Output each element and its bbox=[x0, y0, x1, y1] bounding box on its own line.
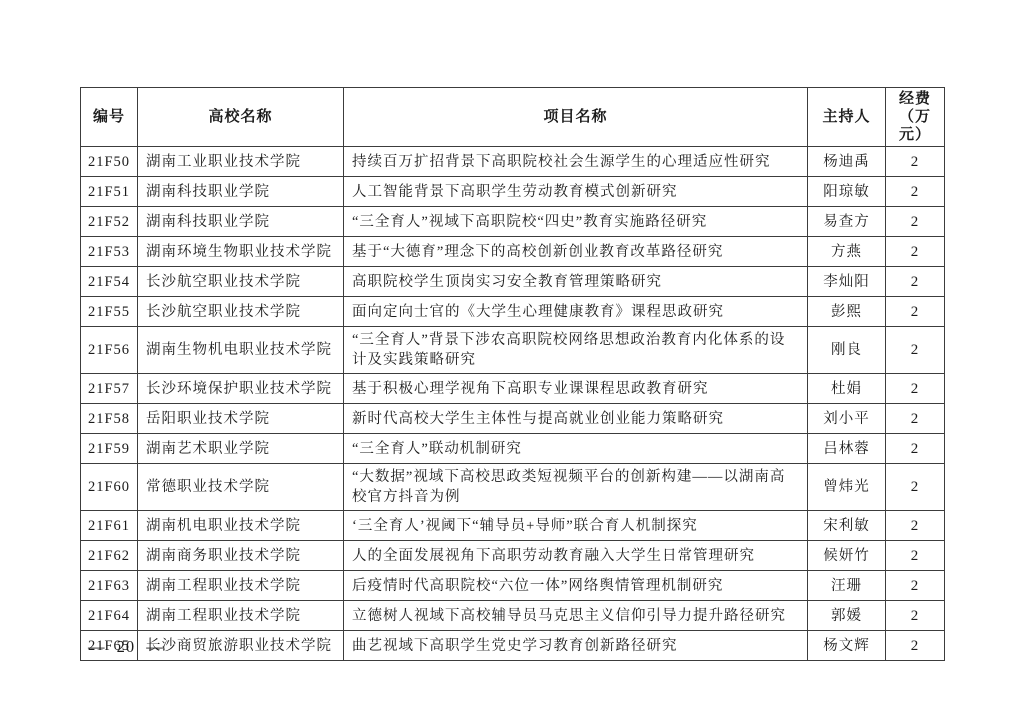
cell-project-name: 高职院校学生顶岗实习安全教育管理策略研究 bbox=[344, 267, 808, 297]
cell-school-name: 湖南工程职业技术学院 bbox=[138, 601, 344, 631]
cell-project-name: “三全育人”背景下涉农高职院校网络思想政治教育内化体系的设计及实践策略研究 bbox=[344, 327, 808, 374]
cell-project-code: 21F59 bbox=[81, 434, 138, 464]
table-row: 21F61 湖南机电职业技术学院 ‘三全育人’视阈下“辅导员+导师”联合育人机制… bbox=[81, 511, 945, 541]
cell-funding-amount: 2 bbox=[886, 631, 945, 661]
cell-funding-amount: 2 bbox=[886, 404, 945, 434]
table-row: 21F60 常德职业技术学院 “大数据”视域下高校思政类短视频平台的创新构建——… bbox=[81, 464, 945, 511]
cell-project-code: 21F61 bbox=[81, 511, 138, 541]
cell-leader-name: 宋利敏 bbox=[808, 511, 886, 541]
cell-school-name: 长沙环境保护职业技术学院 bbox=[138, 374, 344, 404]
cell-school-name: 湖南科技职业学院 bbox=[138, 207, 344, 237]
cell-funding-amount: 2 bbox=[886, 571, 945, 601]
cell-leader-name: 刚良 bbox=[808, 327, 886, 374]
cell-project-name: 基于“大德育”理念下的高校创新创业教育改革路径研究 bbox=[344, 237, 808, 267]
table-row: 21F65 长沙商贸旅游职业技术学院 曲艺视域下高职学生党史学习教育创新路径研究… bbox=[81, 631, 945, 661]
cell-funding-amount: 2 bbox=[886, 237, 945, 267]
table-row: 21F62 湖南商务职业技术学院 人的全面发展视角下高职劳动教育融入大学生日常管… bbox=[81, 541, 945, 571]
cell-project-code: 21F60 bbox=[81, 464, 138, 511]
table-row: 21F57 长沙环境保护职业技术学院 基于积极心理学视角下高职专业课课程思政教育… bbox=[81, 374, 945, 404]
cell-project-code: 21F50 bbox=[81, 147, 138, 177]
page-number: — 20 — bbox=[88, 637, 164, 657]
cell-project-name: ‘三全育人’视阈下“辅导员+导师”联合育人机制探究 bbox=[344, 511, 808, 541]
cell-leader-name: 方燕 bbox=[808, 237, 886, 267]
cell-leader-name: 杨迪禹 bbox=[808, 147, 886, 177]
cell-funding-amount: 2 bbox=[886, 207, 945, 237]
cell-leader-name: 候妍竹 bbox=[808, 541, 886, 571]
document-page: 编号 高校名称 项目名称 主持人 经费 （万元） 21F50 湖南工业职业技术学… bbox=[0, 0, 1024, 724]
cell-leader-name: 李灿阳 bbox=[808, 267, 886, 297]
table-row: 21F59 湖南艺术职业学院 “三全育人”联动机制研究 吕林蓉 2 bbox=[81, 434, 945, 464]
cell-leader-name: 阳琼敏 bbox=[808, 177, 886, 207]
cell-leader-name: 刘小平 bbox=[808, 404, 886, 434]
cell-funding-amount: 2 bbox=[886, 434, 945, 464]
table-row: 21F63 湖南工程职业技术学院 后疫情时代高职院校“六位一体”网络舆情管理机制… bbox=[81, 571, 945, 601]
cell-school-name: 湖南商务职业技术学院 bbox=[138, 541, 344, 571]
cell-school-name: 岳阳职业技术学院 bbox=[138, 404, 344, 434]
cell-project-code: 21F51 bbox=[81, 177, 138, 207]
cell-funding-amount: 2 bbox=[886, 541, 945, 571]
cell-leader-name: 彭熙 bbox=[808, 297, 886, 327]
col-header-funding: 经费 （万元） bbox=[886, 88, 945, 147]
table-row: 21F54 长沙航空职业技术学院 高职院校学生顶岗实习安全教育管理策略研究 李灿… bbox=[81, 267, 945, 297]
cell-project-code: 21F55 bbox=[81, 297, 138, 327]
cell-school-name: 长沙航空职业技术学院 bbox=[138, 267, 344, 297]
cell-project-name: “三全育人”视域下高职院校“四史”教育实施路径研究 bbox=[344, 207, 808, 237]
cell-school-name: 常德职业技术学院 bbox=[138, 464, 344, 511]
cell-project-name: 人工智能背景下高职学生劳动教育模式创新研究 bbox=[344, 177, 808, 207]
funding-table: 编号 高校名称 项目名称 主持人 经费 （万元） 21F50 湖南工业职业技术学… bbox=[80, 87, 945, 661]
table-row: 21F50 湖南工业职业技术学院 持续百万扩招背景下高职院校社会生源学生的心理适… bbox=[81, 147, 945, 177]
cell-project-code: 21F62 bbox=[81, 541, 138, 571]
cell-project-code: 21F54 bbox=[81, 267, 138, 297]
cell-project-code: 21F64 bbox=[81, 601, 138, 631]
table-row: 21F56 湖南生物机电职业技术学院 “三全育人”背景下涉农高职院校网络思想政治… bbox=[81, 327, 945, 374]
cell-school-name: 长沙航空职业技术学院 bbox=[138, 297, 344, 327]
table-row: 21F55 长沙航空职业技术学院 面向定向士官的《大学生心理健康教育》课程思政研… bbox=[81, 297, 945, 327]
col-header-code: 编号 bbox=[81, 88, 138, 147]
cell-leader-name: 吕林蓉 bbox=[808, 434, 886, 464]
cell-funding-amount: 2 bbox=[886, 601, 945, 631]
cell-leader-name: 汪珊 bbox=[808, 571, 886, 601]
cell-school-name: 湖南工业职业技术学院 bbox=[138, 147, 344, 177]
cell-project-name: 曲艺视域下高职学生党史学习教育创新路径研究 bbox=[344, 631, 808, 661]
cell-project-code: 21F56 bbox=[81, 327, 138, 374]
col-header-leader: 主持人 bbox=[808, 88, 886, 147]
cell-project-code: 21F53 bbox=[81, 237, 138, 267]
cell-project-name: 面向定向士官的《大学生心理健康教育》课程思政研究 bbox=[344, 297, 808, 327]
cell-project-name: 持续百万扩招背景下高职院校社会生源学生的心理适应性研究 bbox=[344, 147, 808, 177]
table-row: 21F51 湖南科技职业学院 人工智能背景下高职学生劳动教育模式创新研究 阳琼敏… bbox=[81, 177, 945, 207]
cell-project-code: 21F63 bbox=[81, 571, 138, 601]
cell-funding-amount: 2 bbox=[886, 464, 945, 511]
cell-funding-amount: 2 bbox=[886, 267, 945, 297]
cell-school-name: 湖南艺术职业学院 bbox=[138, 434, 344, 464]
cell-leader-name: 曾炜光 bbox=[808, 464, 886, 511]
cell-funding-amount: 2 bbox=[886, 327, 945, 374]
cell-school-name: 长沙商贸旅游职业技术学院 bbox=[138, 631, 344, 661]
cell-school-name: 湖南环境生物职业技术学院 bbox=[138, 237, 344, 267]
cell-project-name: 后疫情时代高职院校“六位一体”网络舆情管理机制研究 bbox=[344, 571, 808, 601]
header-row: 编号 高校名称 项目名称 主持人 经费 （万元） bbox=[81, 88, 945, 147]
cell-school-name: 湖南生物机电职业技术学院 bbox=[138, 327, 344, 374]
cell-project-name: 立德树人视域下高校辅导员马克思主义信仰引导力提升路径研究 bbox=[344, 601, 808, 631]
cell-school-name: 湖南工程职业技术学院 bbox=[138, 571, 344, 601]
col-header-funding-line1: 经费 bbox=[889, 90, 941, 108]
cell-funding-amount: 2 bbox=[886, 374, 945, 404]
cell-funding-amount: 2 bbox=[886, 297, 945, 327]
cell-funding-amount: 2 bbox=[886, 177, 945, 207]
table-row: 21F52 湖南科技职业学院 “三全育人”视域下高职院校“四史”教育实施路径研究… bbox=[81, 207, 945, 237]
cell-project-name: 人的全面发展视角下高职劳动教育融入大学生日常管理研究 bbox=[344, 541, 808, 571]
cell-project-name: 基于积极心理学视角下高职专业课课程思政教育研究 bbox=[344, 374, 808, 404]
cell-leader-name: 郭媛 bbox=[808, 601, 886, 631]
cell-project-code: 21F58 bbox=[81, 404, 138, 434]
cell-project-name: “三全育人”联动机制研究 bbox=[344, 434, 808, 464]
cell-project-code: 21F57 bbox=[81, 374, 138, 404]
table-row: 21F58 岳阳职业技术学院 新时代高校大学生主体性与提高就业创业能力策略研究 … bbox=[81, 404, 945, 434]
cell-school-name: 湖南科技职业学院 bbox=[138, 177, 344, 207]
cell-project-code: 21F52 bbox=[81, 207, 138, 237]
cell-leader-name: 易查方 bbox=[808, 207, 886, 237]
col-header-funding-line2: （万元） bbox=[889, 108, 941, 144]
cell-funding-amount: 2 bbox=[886, 511, 945, 541]
cell-leader-name: 杨文辉 bbox=[808, 631, 886, 661]
col-header-school: 高校名称 bbox=[138, 88, 344, 147]
cell-leader-name: 杜娟 bbox=[808, 374, 886, 404]
col-header-project: 项目名称 bbox=[344, 88, 808, 147]
table-row: 21F53 湖南环境生物职业技术学院 基于“大德育”理念下的高校创新创业教育改革… bbox=[81, 237, 945, 267]
cell-project-name: “大数据”视域下高校思政类短视频平台的创新构建——以湖南高校官方抖音为例 bbox=[344, 464, 808, 511]
table-row: 21F64 湖南工程职业技术学院 立德树人视域下高校辅导员马克思主义信仰引导力提… bbox=[81, 601, 945, 631]
cell-school-name: 湖南机电职业技术学院 bbox=[138, 511, 344, 541]
cell-project-name: 新时代高校大学生主体性与提高就业创业能力策略研究 bbox=[344, 404, 808, 434]
cell-funding-amount: 2 bbox=[886, 147, 945, 177]
